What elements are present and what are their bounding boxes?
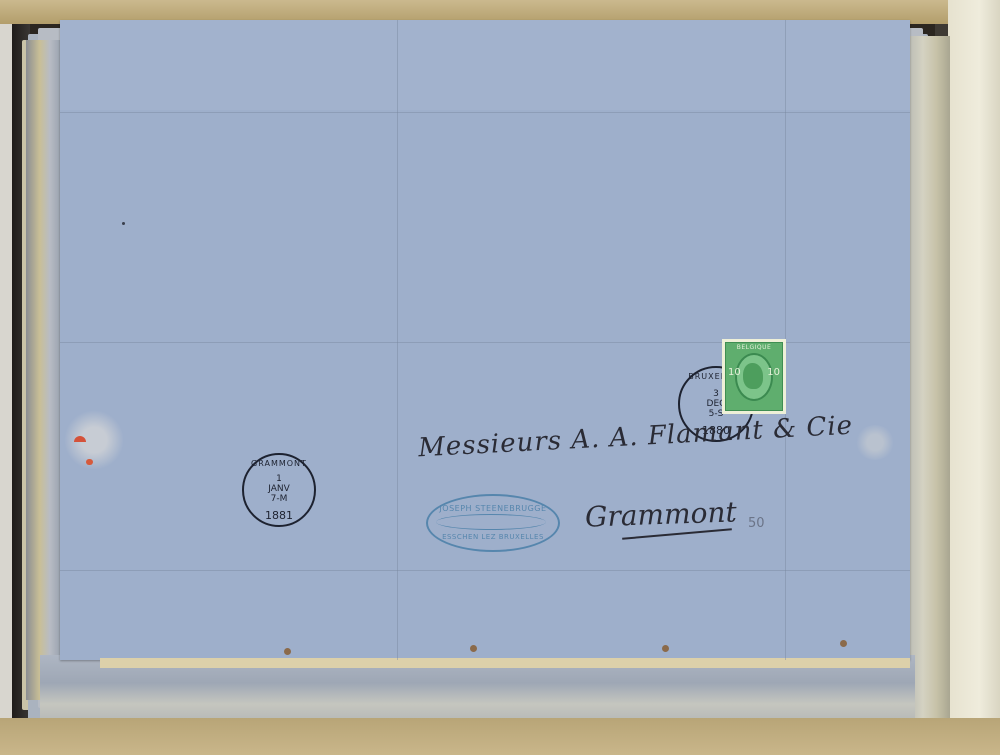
box-right-wall xyxy=(948,0,1000,755)
postmark-time: 7-M xyxy=(244,495,314,504)
paper-stack-left-edges xyxy=(26,40,60,700)
sender-cachet: JOSEPH STEENEBRUGGE ESSCHEN LEZ BRUXELLE… xyxy=(426,494,560,552)
cachet-line-1: JOSEPH STEENEBRUGGE xyxy=(428,504,558,513)
postmark-month: JANV xyxy=(244,485,314,494)
stamp-design: BELGIQUE 10 10 xyxy=(725,342,783,411)
cachet-line-2: ESSCHEN LEZ BRUXELLES xyxy=(428,533,558,541)
fold-line-top xyxy=(60,112,910,113)
box-left-wall xyxy=(0,24,12,724)
file-hole xyxy=(470,645,477,652)
seal-stain-right xyxy=(855,425,895,460)
pencil-note: 50 xyxy=(748,516,765,531)
letter-top-flap xyxy=(60,20,910,110)
fold-line-left xyxy=(397,20,398,660)
file-hole xyxy=(284,648,291,655)
grammont-postmark: GRAMMONT 1 JANV 7-M 1881 xyxy=(242,453,316,527)
paper-stack-right-edges xyxy=(905,36,950,731)
red-wax-remnant xyxy=(86,459,93,465)
red-wax-remnant xyxy=(74,436,86,442)
postmark-town: GRAMMONT xyxy=(244,459,314,468)
stamp-value-right: 10 xyxy=(767,367,780,378)
letter-bottom-edge-strip xyxy=(100,658,910,668)
ink-speck xyxy=(122,222,125,225)
stamp-country: BELGIQUE xyxy=(726,344,782,351)
file-hole xyxy=(840,640,847,647)
postmark-year: 1881 xyxy=(244,509,314,522)
fold-line-bottom xyxy=(60,570,910,571)
postage-stamp: BELGIQUE 10 10 xyxy=(722,339,786,414)
stamp-value-left: 10 xyxy=(728,367,741,378)
cachet-inner-ring xyxy=(436,514,546,530)
box-bottom-edge xyxy=(0,718,1000,755)
file-hole xyxy=(662,645,669,652)
king-portrait-icon xyxy=(743,363,763,389)
postmark-day: 1 xyxy=(244,475,314,484)
wax-seal-stain xyxy=(64,410,124,470)
address-line-2: Grammont xyxy=(584,495,737,533)
